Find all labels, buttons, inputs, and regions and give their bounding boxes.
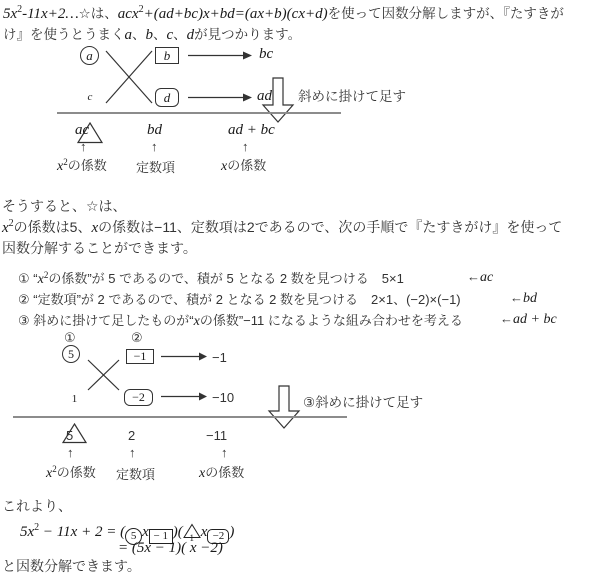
right-arrow-icon [188, 92, 252, 103]
left-arrow-icon: ← [510, 290, 523, 305]
step-3-ref: ←ad + bc [500, 310, 557, 328]
math-segment: x [201, 524, 208, 540]
math-segment: 5x [20, 524, 34, 540]
rounded-box-d-shape: d [155, 88, 179, 107]
circle-5-shape: 5 [62, 345, 80, 363]
big-down-arrow-icon [261, 77, 295, 123]
text-segment: 、 [132, 27, 146, 42]
text-segment: 、 [153, 27, 167, 42]
sum-ac: ac [75, 122, 89, 139]
text-segment: ② “定数項”が 2 であるので、積が 2 となる 2 数を見つける 2×1、(… [18, 292, 461, 307]
math-segment: -11x+2… [22, 6, 79, 22]
right-arrow-icon [161, 351, 207, 362]
text-segment: ☆は、 [79, 6, 118, 21]
diagonal-add-label-2: ③斜めに掛けて足す [303, 391, 423, 411]
up-arrow-icon: ↑ [129, 445, 136, 460]
text-segment: を使って因数分解しますが、『たすきが [328, 6, 564, 21]
up-arrow-icon: ↑ [221, 445, 228, 460]
text-segment: の係数 [205, 465, 244, 480]
box-b-shape: b [155, 47, 179, 64]
right-arrow-icon [161, 391, 207, 402]
big-down-arrow-icon [267, 385, 301, 429]
math-segment: ac [480, 270, 493, 285]
right-arrow-icon [188, 50, 252, 61]
math-segment: a [125, 27, 133, 43]
rounded-box-d-label: d [164, 90, 171, 106]
text-segment: の係数 [68, 158, 107, 173]
product-bc: bc [259, 46, 273, 63]
circle-5-label: 5 [68, 347, 74, 362]
math-segment: b [146, 27, 154, 43]
sum-rule-line [57, 112, 341, 114]
triangle-1-shape: 1 [62, 386, 87, 408]
step-2: ② “定数項”が 2 であるので、積が 2 となる 2 数を見つける 2×1、(… [18, 289, 461, 309]
math-segment: acx [118, 6, 139, 22]
rounded-box-minus2-label: −2 [132, 390, 145, 405]
rounded-box-minus2-shape: −2 [124, 389, 153, 406]
math-segment: − 11x + 2 = ( [39, 524, 125, 540]
text-segment: け』を使うとうまく [3, 27, 125, 42]
math-segment: x [142, 524, 149, 540]
para2-line-2: x2の係数は5、xの係数は−11、定数項は2であるので、次の手順で『たすきがけ』… [2, 217, 562, 237]
up-arrow-icon: ↑ [80, 139, 87, 154]
step-2-ref: ←bd [510, 289, 537, 307]
step2-marker: ② [131, 330, 143, 346]
const-term-label: 定数項 [136, 157, 175, 176]
triangle-c-label: c [77, 91, 103, 103]
sum-value-2: 2 [128, 428, 135, 443]
math-segment: +(ad+bc)x+bd=(ax+b)(cx+d) [144, 6, 328, 22]
conclusion-close: と因数分解できます。 [2, 556, 141, 574]
triangle-1-label: 1 [62, 393, 87, 405]
triangled-1: 1 [183, 523, 201, 539]
left-arrow-icon: ← [500, 311, 513, 326]
circle-a-label: a [86, 48, 93, 64]
text-segment: が見つかります。 [194, 27, 301, 42]
product-top-value: −1 [212, 350, 227, 365]
box-minus1-label: −1 [134, 349, 147, 364]
sum-value-minus11: −11 [206, 428, 227, 443]
diagonal-add-label: 斜めに掛けて足す [298, 85, 406, 105]
up-arrow-icon: ↑ [151, 139, 158, 154]
sum-bd: bd [147, 122, 162, 139]
text-segment: ① “ [18, 271, 38, 286]
text-segment: の係数は5、 [14, 219, 92, 235]
math-segment: bd [523, 291, 537, 306]
text-segment: の係数は−11、定数項は2であるので、次の手順で『たすきがけ』を使って [98, 219, 562, 235]
step-3: ③ 斜めに掛けて足したものが“xの係数”−11 になるような組み合わせを考える [18, 310, 463, 330]
coef-x2-label-2: x2の係数 [46, 462, 96, 482]
intro-line-2: け』を使うとうまくa、b、c、dが見つかります。 [3, 23, 301, 44]
step-1: ① “x2の係数”が 5 であるので、積が 5 となる 2 数を見つける 5×1 [18, 268, 404, 288]
math-segment: )( [173, 524, 183, 540]
coef-x2-label: x2の係数 [57, 155, 107, 175]
triangle-c-shape: c [77, 85, 103, 108]
cross-lines-icon [103, 48, 155, 106]
step1-marker: ① [64, 330, 76, 346]
text-segment: の係数 [57, 465, 96, 480]
para2-line-1: そうすると、☆は、 [2, 196, 127, 216]
math-segment: ) [229, 524, 234, 540]
sum-value-5: 5 [66, 428, 73, 443]
text-segment: の係数”が 5 であるので、積が 5 となる 2 数を見つける 5×1 [48, 271, 403, 286]
conclusion-lead: これより、 [2, 496, 72, 516]
math-segment: 5x [3, 6, 17, 22]
product-bottom-value: −10 [212, 390, 234, 405]
text-segment: の係数 [227, 158, 266, 173]
box-b-label: b [164, 48, 171, 64]
circle-a-shape: a [80, 46, 99, 65]
math-segment: ad + bc [513, 312, 557, 327]
coef-x-label-2: xの係数 [199, 462, 244, 482]
left-arrow-icon: ← [467, 269, 480, 284]
equation-line-2: = (5x − 1)( x −2) [118, 540, 223, 557]
box-minus1-shape: −1 [126, 349, 154, 364]
math-document-page: 5x2-11x+2…☆は、acx2+(ad+bc)x+bd=(ax+b)(cx+… [0, 0, 605, 574]
para2-line-3: 因数分解することができます。 [2, 238, 197, 258]
text-segment: ③ 斜めに掛けて足したものが“ [18, 313, 194, 328]
intro-line-1: 5x2-11x+2…☆は、acx2+(ad+bc)x+bd=(ax+b)(cx+… [3, 2, 564, 23]
math-segment: x [2, 220, 9, 236]
sum-adbc: ad + bc [228, 122, 275, 139]
coef-x-label: xの係数 [221, 155, 266, 175]
text-segment: の係数”−11 になるような組み合わせを考える [200, 313, 463, 328]
up-arrow-icon: ↑ [242, 139, 249, 154]
step-1-ref: ←ac [467, 268, 493, 286]
text-segment: 、 [173, 27, 187, 42]
sum-rule-line-2 [13, 416, 347, 418]
const-term-label-2: 定数項 [116, 464, 155, 483]
up-arrow-icon: ↑ [67, 445, 74, 460]
cross-lines-icon [86, 357, 121, 393]
